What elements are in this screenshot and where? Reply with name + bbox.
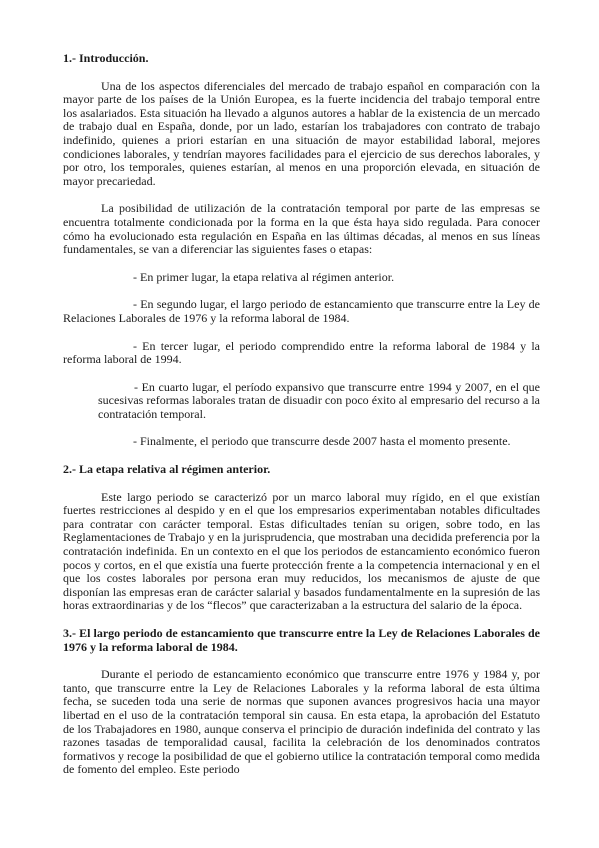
list-item-phase-2: - En segundo lugar, el largo periodo de … <box>63 298 540 325</box>
document-page: 1.- Introducción. Una de los aspectos di… <box>0 0 599 848</box>
document-text-block: 1.- Introducción. Una de los aspectos di… <box>63 52 540 791</box>
list-item-phase-4: - En cuarto lugar, el período expansivo … <box>98 381 540 422</box>
paragraph-stage3: Durante el periodo de estancamiento econ… <box>63 668 540 777</box>
section-heading-periodo-estancamiento: 3.- El largo periodo de estancamiento qu… <box>63 627 540 654</box>
paragraph-intro-1: Una de los aspectos diferenciales del me… <box>63 80 540 189</box>
paragraph-intro-2: La posibilidad de utilización de la cont… <box>63 202 540 256</box>
list-item-phase-3: - En tercer lugar, el periodo comprendid… <box>63 340 540 367</box>
section-heading-introduccion: 1.- Introducción. <box>63 52 540 66</box>
paragraph-stage2: Este largo periodo se caracterizó por un… <box>63 491 540 613</box>
list-item-phase-1: - En primer lugar, la etapa relativa al … <box>63 271 540 285</box>
list-item-phase-5: - Finalmente, el periodo que transcurre … <box>63 435 540 449</box>
section-heading-etapa-regimen-anterior: 2.- La etapa relativa al régimen anterio… <box>63 463 540 477</box>
